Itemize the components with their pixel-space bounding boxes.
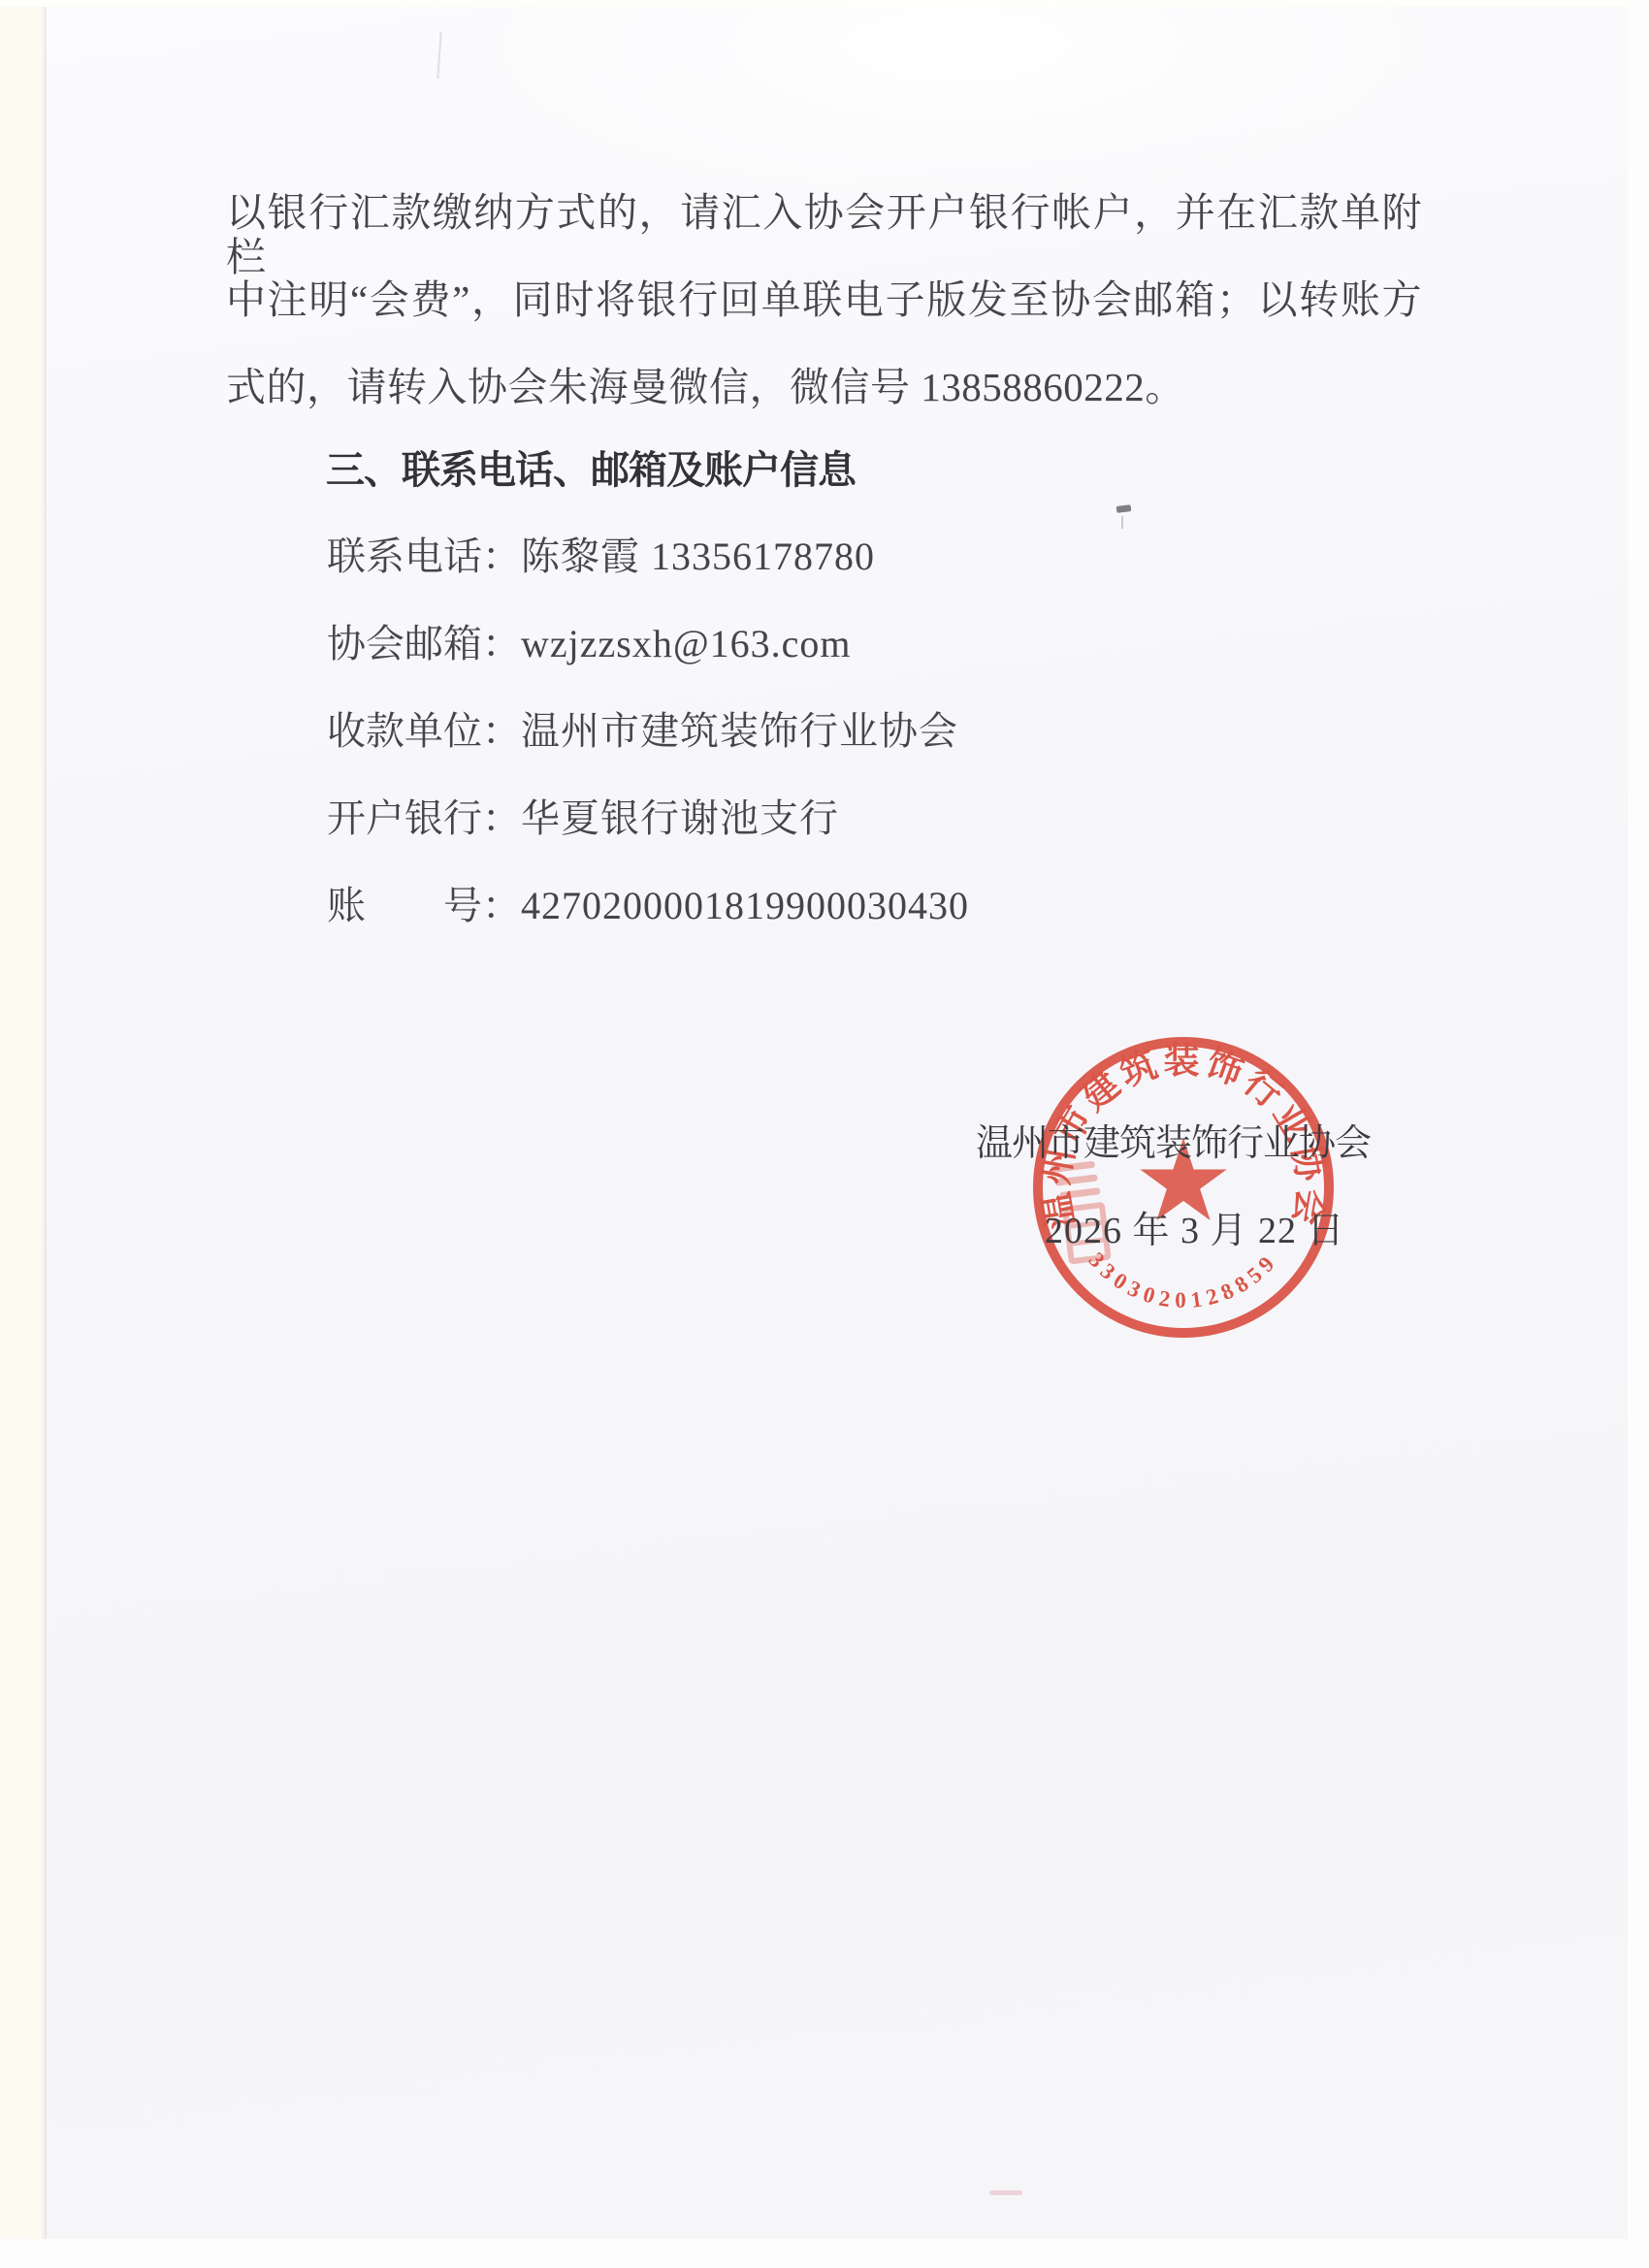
signature-date: 2026 年 3 月 22 日 [1045,1211,1345,1252]
contact-row-phone: 联系电话：陈黎霞 13356178780 [327,535,875,579]
contact-value: 陈黎霞 13356178780 [521,535,875,578]
contact-value: wzjzzsxh@163.com [521,622,852,665]
scan-edge-left [0,0,45,2268]
contact-label: 账 号： [327,884,521,927]
contact-label: 收款单位： [327,709,521,753]
contact-label: 协会邮箱： [327,622,521,665]
seal-number: 3303020128859 [1084,1247,1283,1312]
scan-edge-right [1628,0,1649,2268]
contact-row-email: 协会邮箱：wzjzzsxh@163.com [327,623,852,666]
paragraph-line-1: 以银行汇款缴纳方式的，请汇入协会开户银行帐户，并在汇款单附栏 [226,191,1422,280]
scan-speck-artifact-tail [1121,516,1123,529]
contact-row-payee: 收款单位：温州市建筑装饰行业协会 [327,710,958,754]
scan-edge-seam [45,0,47,2268]
scan-pink-speck-artifact [989,2190,1022,2195]
scan-speck-artifact [1116,504,1132,513]
contact-value: 温州市建筑装饰行业协会 [521,709,958,753]
contact-row-bank: 开户银行：华夏银行谢池支行 [327,797,839,841]
scanned-document-page: 以银行汇款缴纳方式的，请汇入协会开户银行帐户，并在汇款单附栏 中注明“会费”，同… [0,0,1649,2268]
contact-value: 华夏银行谢池支行 [521,796,839,840]
signature-organization: 温州市建筑装饰行业协会 [976,1123,1371,1165]
scan-edge-top [0,0,1649,7]
seal-graphics: 温州市建筑装饰行业协会 3303020128859 [1036,1041,1332,1333]
paragraph-line-2: 中注明“会费”，同时将银行回单联电子版发至协会邮箱；以转账方 [226,278,1422,323]
contact-label: 开户银行： [327,796,521,840]
contact-row-account-number: 账 号：4270200001819900030430 [327,885,969,928]
scan-scratch-artifact [436,32,441,79]
contact-value: 4270200001819900030430 [521,884,969,927]
contact-label: 联系电话： [327,535,521,578]
scan-edge-bottom [0,2239,1649,2268]
official-seal: 温州市建筑装饰行业协会 3303020128859 [1018,1022,1348,1352]
paragraph-line-3: 式的，请转入协会朱海曼微信，微信号 13858860222。 [226,366,1422,410]
section-heading: 三、联系电话、邮箱及账户信息 [326,449,856,493]
